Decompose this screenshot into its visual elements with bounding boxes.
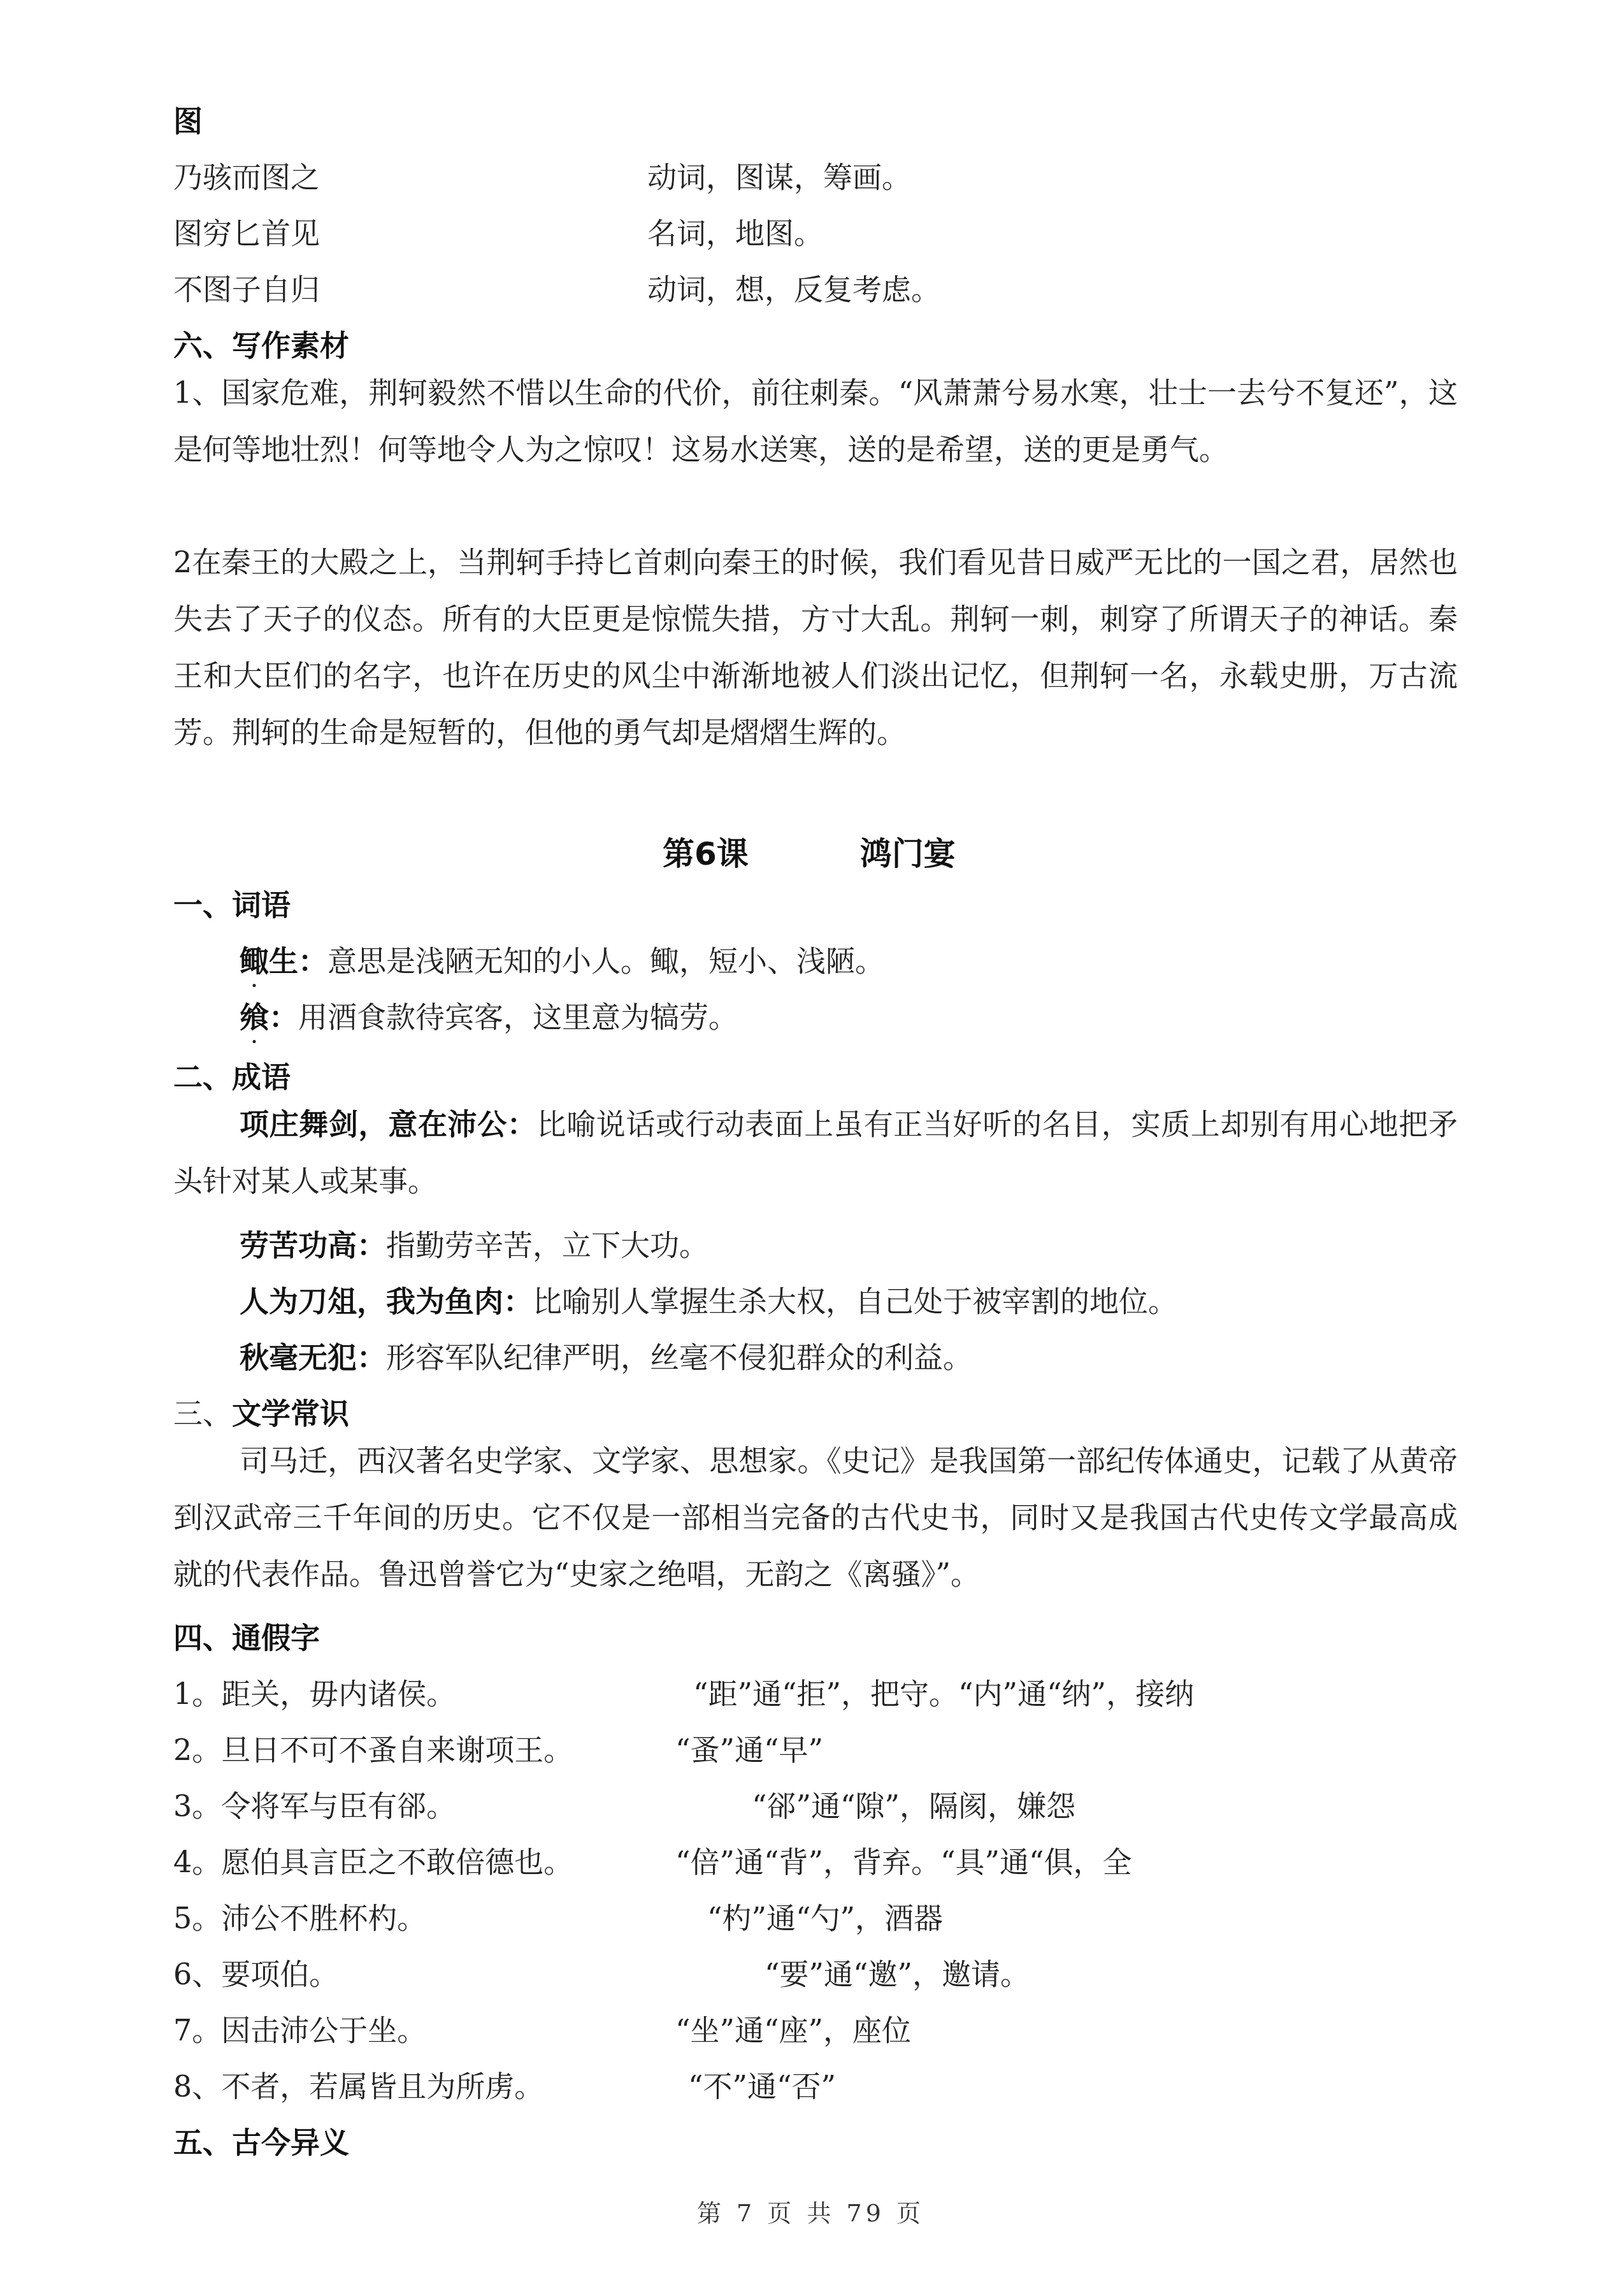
section-heading-literature: 三、文学常识: [173, 1394, 349, 1432]
section-heading-tongjiazi: 四、通假字: [173, 1619, 320, 1657]
writing-paragraph-1: 1、国家危难，荆轲毅然不惜以生命的代价，前往刺秦。“风萧萧兮易水寒，壮士一去兮不…: [173, 364, 1458, 478]
vocab-item: 飨：用酒食款待宾客，这里意为犒劳。: [240, 998, 738, 1036]
tongjiazi-sentence: 8、不者，若属皆且为所虏。: [173, 2067, 543, 2105]
tongjiazi-note: “距”通“拒”，把守。“内”通“纳”，接纳: [693, 1675, 1194, 1713]
example-sentence: 图穷匕首见: [173, 214, 320, 252]
lesson-title: 第6课 鸿门宴: [663, 828, 956, 874]
section-heading-tu: 图: [173, 102, 203, 140]
tongjiazi-sentence: 3。令将军与臣有郤。: [173, 1787, 456, 1825]
tongjiazi-sentence: 6、要项伯。: [173, 1955, 338, 1993]
tongjiazi-sentence: 5。沛公不胜杯杓。: [173, 1899, 426, 1937]
tongjiazi-sentence: 7。因击沛公于坐。: [173, 2011, 426, 2049]
writing-paragraph-2: 2在秦王的大殿之上，当荆轲手持匕首刺向秦王的时候，我们看见昔日威严无比的一国之君…: [173, 534, 1458, 761]
tongjiazi-note: “郤”通“隙”，隔阂，嫌怨: [752, 1787, 1075, 1825]
idiom-definition: 形容军队纪律严明，丝毫不侵犯群众的利益。: [386, 1340, 972, 1374]
lesson-name: 鸿门宴: [860, 828, 956, 874]
tongjiazi-sentence: 1。距关，毋内诸侯。: [173, 1675, 456, 1713]
idiom-item: 人为刀俎，我为鱼肉：比喻别人掌握生杀大权，自己处于被宰割的地位。: [240, 1282, 1177, 1320]
vocab-definition: 用酒食款待宾客，这里意为犒劳。: [298, 1000, 738, 1034]
tongjiazi-note: “蚤”通“早”: [675, 1731, 823, 1769]
section-heading-vocabulary: 一、词语: [173, 886, 291, 924]
tongjiazi-note: “不”通“否”: [688, 2067, 836, 2105]
literature-paragraph: 司马迁，西汉著名史学家、文学家、思想家。《史记》是我国第一部纪传体通史，记载了从…: [173, 1432, 1458, 1603]
tongjiazi-sentence: 4。愿伯具言臣之不敢倍德也。: [173, 1843, 573, 1881]
example-sentence: 不图子自归: [173, 270, 320, 308]
page-number: 第 7 页 共 79 页: [697, 2193, 924, 2228]
lesson-number: 第6课: [663, 828, 749, 874]
section-heading-idioms: 二、成语: [173, 1058, 291, 1096]
example-meaning: 动词，想，反复考虑。: [647, 270, 940, 308]
vocab-term-rest: 生：: [269, 944, 327, 978]
heading-text: 文学常识: [232, 1396, 349, 1431]
section-heading-writing: 六、写作素材: [173, 326, 349, 364]
vocab-definition: 意思是浅陋无知的小人。鲰，短小、浅陋。: [327, 944, 884, 978]
idiom-item: 劳苦功高：指勤劳辛苦，立下大功。: [240, 1226, 708, 1264]
tongjiazi-sentence: 2。旦日不可不蚤自来谢项王。: [173, 1731, 573, 1769]
idiom-definition: 比喻别人掌握生杀大权，自己处于被宰割的地位。: [533, 1284, 1177, 1318]
tongjiazi-note: “倍”通“背”，背弃。“具”通“俱，全: [675, 1843, 1132, 1881]
example-meaning: 动词，图谋，筹画。: [647, 158, 911, 196]
idiom-term: 人为刀俎，我为鱼肉：: [240, 1284, 533, 1318]
idiom-definition: 指勤劳辛苦，立下大功。: [386, 1228, 708, 1262]
vocab-term-char: 鲰: [240, 944, 269, 978]
tongjiazi-note: “坐”通“座”，座位: [675, 2011, 911, 2049]
vocab-term-char: 飨: [240, 1000, 269, 1034]
tongjiazi-note: “杓”通“勺”，酒器: [707, 1899, 943, 1937]
vocab-term-rest: ：: [269, 1000, 298, 1034]
idiom-item: 秋毫无犯：形容军队纪律严明，丝毫不侵犯群众的利益。: [240, 1338, 972, 1376]
example-sentence: 乃骇而图之: [173, 158, 320, 196]
section-heading-ancient-modern: 五、古今异义: [173, 2123, 349, 2161]
idiom-term: 秋毫无犯：: [240, 1340, 386, 1374]
idiom-item: 项庄舞剑，意在沛公：比喻说话或行动表面上虽有正当好听的名目，实质上却别有用心地把…: [173, 1096, 1458, 1209]
idiom-term: 劳苦功高：: [240, 1228, 386, 1262]
heading-prefix: 三、: [173, 1396, 232, 1431]
tongjiazi-note: “要”通“邀”，邀请。: [765, 1955, 1030, 1993]
vocab-item: 鲰生：意思是浅陋无知的小人。鲰，短小、浅陋。: [240, 942, 884, 980]
idiom-term: 项庄舞剑，意在沛公：: [240, 1107, 537, 1141]
example-meaning: 名词，地图。: [647, 214, 823, 252]
